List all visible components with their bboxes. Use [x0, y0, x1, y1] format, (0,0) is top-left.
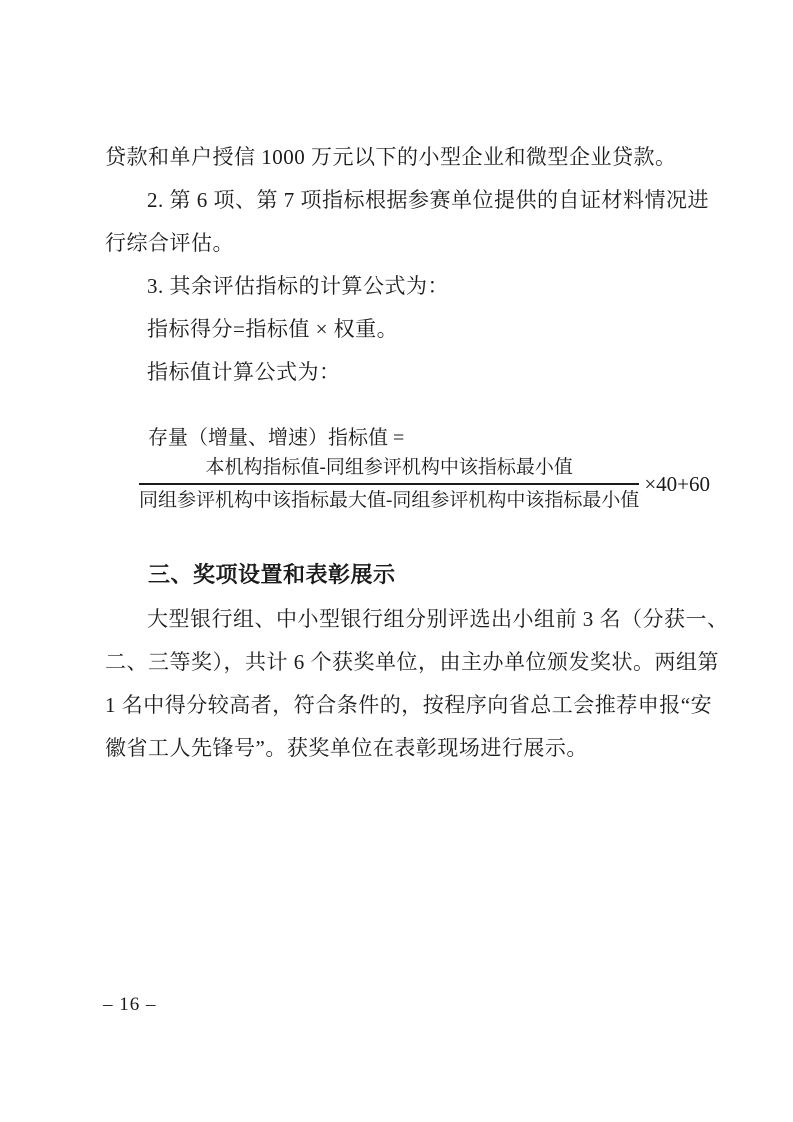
page-number: – 16 –: [103, 993, 157, 1017]
fraction-denominator: 同组参评机构中该指标最大值-同组参评机构中该指标最小值: [139, 485, 639, 513]
fraction-numerator: 本机构指标值-同组参评机构中该指标最小值: [139, 455, 639, 485]
paragraph-line: 3. 其余评估指标的计算公式为：: [105, 265, 705, 308]
paragraph-line: 2. 第 6 项、第 7 项指标根据参赛单位提供的自证材料情况进: [105, 179, 705, 222]
fraction: 本机构指标值-同组参评机构中该指标最小值 同组参评机构中该指标最大值-同组参评机…: [139, 455, 639, 513]
document-page: 贷款和单户授信 1000 万元以下的小型企业和微型企业贷款。 2. 第 6 项、…: [0, 0, 793, 1122]
paragraph-line: 大型银行组、中小型银行组分别评选出小组前 3 名（分获一、: [105, 598, 705, 641]
paragraph-line: 徽省工人先锋号”。获奖单位在表彰现场进行展示。: [105, 727, 705, 770]
intro-paragraphs: 贷款和单户授信 1000 万元以下的小型企业和微型企业贷款。 2. 第 6 项、…: [105, 136, 705, 394]
formula-multiplier: ×40+60: [644, 472, 710, 497]
paragraph-line: 指标值计算公式为：: [105, 351, 705, 394]
paragraph-line: 指标得分=指标值 × 权重。: [105, 308, 705, 351]
paragraph-line: 二、三等奖），共计 6 个获奖单位，由主办单位颁发奖状。两组第: [105, 641, 705, 684]
formula-intro: 存量（增量、增速）指标值 =: [148, 424, 404, 452]
paragraph-line: 贷款和单户授信 1000 万元以下的小型企业和微型企业贷款。: [105, 136, 705, 179]
paragraph-line: 1 名中得分较高者，符合条件的，按程序向省总工会推荐申报“安: [105, 684, 705, 727]
paragraph-line: 行综合评估。: [105, 222, 705, 265]
award-paragraph: 大型银行组、中小型银行组分别评选出小组前 3 名（分获一、 二、三等奖），共计 …: [105, 598, 705, 770]
section-heading: 三、奖项设置和表彰展示: [148, 561, 396, 589]
formula-block: 本机构指标值-同组参评机构中该指标最小值 同组参评机构中该指标最大值-同组参评机…: [139, 455, 710, 513]
